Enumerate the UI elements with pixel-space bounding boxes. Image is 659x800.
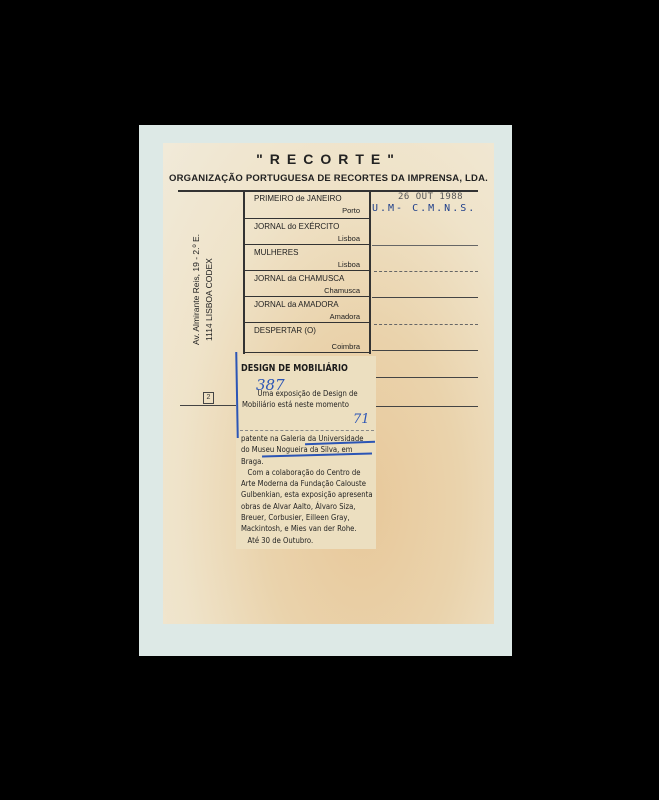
newspaper-name: JORNAL da AMADORA	[254, 300, 339, 309]
clipping-headline: DESIGN DE MOBILIÁRIO	[241, 363, 348, 374]
row-rule	[244, 352, 370, 353]
newspaper-city: Porto	[342, 206, 360, 215]
right-rule	[372, 350, 478, 351]
newspaper-name: MULHERES	[254, 248, 298, 257]
left-bottom-rule	[180, 405, 236, 406]
newspaper-city: Amadora	[330, 312, 360, 321]
clipping-line: Mobiliário está neste momento	[242, 399, 358, 410]
newspaper-row: JORNAL da CHAMUSCA Chamusca	[244, 270, 370, 296]
newspaper-row: JORNAL da AMADORA Amadora	[244, 296, 370, 322]
newspaper-name: PRIMEIRO de JANEIRO	[254, 194, 342, 203]
address-line-1: Av. Almirante Reis, 19 - 2.º E.	[190, 234, 203, 345]
clipping-line: Braga.	[241, 456, 373, 467]
right-rule-dashed	[374, 271, 478, 273]
date-stamp: 26 OUT 1988	[398, 192, 463, 202]
clipping-line: obras de Alvar Aalto, Álvaro Siza,	[241, 501, 373, 512]
handwritten-mark: 71	[353, 412, 370, 427]
newspaper-name: JORNAL do EXÉRCITO	[254, 222, 339, 231]
newspaper-row: JORNAL do EXÉRCITO Lisboa	[244, 218, 370, 244]
newspaper-name: JORNAL da CHAMUSCA	[254, 274, 344, 283]
right-rule-dashed	[374, 324, 478, 326]
newspaper-city: Lisboa	[338, 260, 360, 269]
page-number-box: 2	[203, 392, 214, 404]
right-rule	[372, 245, 478, 246]
clipping-line: Com a colaboração do Centro de	[241, 467, 373, 478]
handwritten-code: U.M- C.M.N.S.	[372, 203, 476, 214]
newspaper-city: Lisboa	[338, 234, 360, 243]
agency-organization: ORGANIZAÇÃO PORTUGUESA DE RECORTES DA IM…	[163, 173, 494, 184]
agency-address: Av. Almirante Reis, 19 - 2.º E. 1114 LIS…	[190, 234, 216, 345]
clipping-cut-line	[240, 430, 374, 432]
right-rule	[372, 377, 478, 378]
clipping-text-body: patente na Galeria da Universidade do Mu…	[241, 433, 373, 546]
newspaper-city: Coimbra	[332, 342, 360, 351]
clipping-line: Gulbenkian, esta exposição apresenta	[241, 489, 373, 500]
newspaper-city: Chamusca	[324, 286, 360, 295]
clipping-text-top: Uma exposição de Design de Mobiliário es…	[242, 388, 358, 411]
newspaper-row: DESPERTAR (O) Coimbra	[244, 322, 370, 352]
clipping-line: Breuer, Corbusier, Eilleen Gray,	[241, 512, 373, 523]
agency-title: "RECORTE"	[163, 151, 494, 167]
address-line-2: 1114 LISBOA CODEX	[203, 234, 216, 345]
right-rule	[372, 297, 478, 298]
clipping-line: Uma exposição de Design de	[242, 388, 358, 399]
clipping-line: Mackintosh, e Mies van der Rohe.	[241, 523, 373, 534]
right-rule	[375, 406, 478, 407]
newspaper-name: DESPERTAR (O)	[254, 326, 316, 335]
clipping-line: Arte Moderna da Fundação Calouste	[241, 478, 373, 489]
newspaper-row: PRIMEIRO de JANEIRO Porto	[244, 190, 370, 218]
clipping-line: Até 30 de Outubro.	[241, 535, 373, 546]
newspaper-row: MULHERES Lisboa	[244, 244, 370, 270]
